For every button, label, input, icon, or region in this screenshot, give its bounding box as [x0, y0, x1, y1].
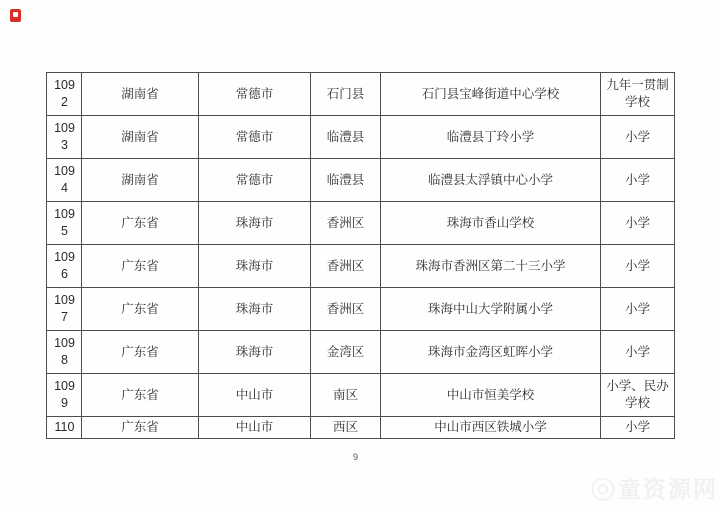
- cell-school: 临澧县太浮镇中心小学: [381, 159, 601, 202]
- table-row: 1099广东省中山市南区中山市恒美学校小学、民办学校: [47, 374, 675, 417]
- cell-school: 中山市西区铁城小学: [381, 417, 601, 439]
- cell-type: 小学: [601, 245, 675, 288]
- cell-province: 广东省: [82, 374, 199, 417]
- row-number: 1096: [51, 249, 78, 283]
- row-number: 1093: [51, 120, 78, 154]
- cell-province: 广东省: [82, 331, 199, 374]
- cell-num: 1093: [47, 116, 82, 159]
- table-row: 1093湖南省常德市临澧县临澧县丁玲小学小学: [47, 116, 675, 159]
- cell-district: 金湾区: [311, 331, 381, 374]
- table-body: 1092湖南省常德市石门县石门县宝峰街道中心学校九年一贯制学校1093湖南省常德…: [47, 73, 675, 439]
- cell-city: 珠海市: [199, 245, 311, 288]
- cell-city: 常德市: [199, 116, 311, 159]
- cell-type: 小学: [601, 116, 675, 159]
- watermark-text: 童资源网: [618, 471, 718, 504]
- row-number: 1095: [51, 206, 78, 240]
- watermark: ◎ 童资源网: [590, 470, 718, 505]
- document-page: 1092湖南省常德市石门县石门县宝峰街道中心学校九年一贯制学校1093湖南省常德…: [0, 0, 720, 509]
- cell-num: 1094: [47, 159, 82, 202]
- cell-type: 小学: [601, 288, 675, 331]
- cell-type: 小学: [601, 202, 675, 245]
- table-row: 1098广东省珠海市金湾区珠海市金湾区虹晖小学小学: [47, 331, 675, 374]
- table-row: 1096广东省珠海市香洲区珠海市香洲区第二十三小学小学: [47, 245, 675, 288]
- cell-city: 珠海市: [199, 202, 311, 245]
- cell-num: 1097: [47, 288, 82, 331]
- table-row: 1095广东省珠海市香洲区珠海市香山学校小学: [47, 202, 675, 245]
- cell-school: 珠海市香山学校: [381, 202, 601, 245]
- cell-type: 小学: [601, 159, 675, 202]
- cell-city: 常德市: [199, 73, 311, 116]
- cell-type: 小学、民办学校: [601, 374, 675, 417]
- cell-province: 广东省: [82, 288, 199, 331]
- cell-province: 广东省: [82, 202, 199, 245]
- cell-school: 珠海市金湾区虹晖小学: [381, 331, 601, 374]
- cell-district: 临澧县: [311, 159, 381, 202]
- cell-district: 香洲区: [311, 288, 381, 331]
- cell-type: 小学: [601, 331, 675, 374]
- row-number: 1098: [51, 335, 78, 369]
- cell-school: 临澧县丁玲小学: [381, 116, 601, 159]
- cell-district: 香洲区: [311, 245, 381, 288]
- cell-province: 湖南省: [82, 116, 199, 159]
- cell-district: 西区: [311, 417, 381, 439]
- cell-city: 珠海市: [199, 331, 311, 374]
- cell-district: 香洲区: [311, 202, 381, 245]
- cell-province: 广东省: [82, 417, 199, 439]
- cell-district: 临澧县: [311, 116, 381, 159]
- red-stamp-icon: [10, 9, 21, 22]
- cell-city: 常德市: [199, 159, 311, 202]
- cell-province: 湖南省: [82, 73, 199, 116]
- row-number: 1099: [51, 378, 78, 412]
- cell-num: 1099: [47, 374, 82, 417]
- row-number: 1097: [51, 292, 78, 326]
- row-number: 110: [51, 419, 78, 436]
- school-list-table: 1092湖南省常德市石门县石门县宝峰街道中心学校九年一贯制学校1093湖南省常德…: [46, 72, 675, 439]
- table-row: 110广东省中山市西区中山市西区铁城小学小学: [47, 417, 675, 439]
- row-number: 1094: [51, 163, 78, 197]
- cell-school: 珠海中山大学附属小学: [381, 288, 601, 331]
- cell-num: 1095: [47, 202, 82, 245]
- table-row: 1097广东省珠海市香洲区珠海中山大学附属小学小学: [47, 288, 675, 331]
- row-number: 1092: [51, 77, 78, 111]
- watermark-logo-icon: ◎: [590, 470, 616, 505]
- cell-city: 珠海市: [199, 288, 311, 331]
- cell-province: 广东省: [82, 245, 199, 288]
- cell-district: 石门县: [311, 73, 381, 116]
- cell-city: 中山市: [199, 417, 311, 439]
- cell-province: 湖南省: [82, 159, 199, 202]
- cell-type: 小学: [601, 417, 675, 439]
- page-number: 9: [353, 452, 358, 462]
- cell-school: 珠海市香洲区第二十三小学: [381, 245, 601, 288]
- cell-num: 1096: [47, 245, 82, 288]
- cell-district: 南区: [311, 374, 381, 417]
- table-row: 1092湖南省常德市石门县石门县宝峰街道中心学校九年一贯制学校: [47, 73, 675, 116]
- cell-city: 中山市: [199, 374, 311, 417]
- cell-school: 石门县宝峰街道中心学校: [381, 73, 601, 116]
- table-row: 1094湖南省常德市临澧县临澧县太浮镇中心小学小学: [47, 159, 675, 202]
- cell-school: 中山市恒美学校: [381, 374, 601, 417]
- cell-num: 1098: [47, 331, 82, 374]
- cell-type: 九年一贯制学校: [601, 73, 675, 116]
- cell-num: 1092: [47, 73, 82, 116]
- cell-num: 110: [47, 417, 82, 439]
